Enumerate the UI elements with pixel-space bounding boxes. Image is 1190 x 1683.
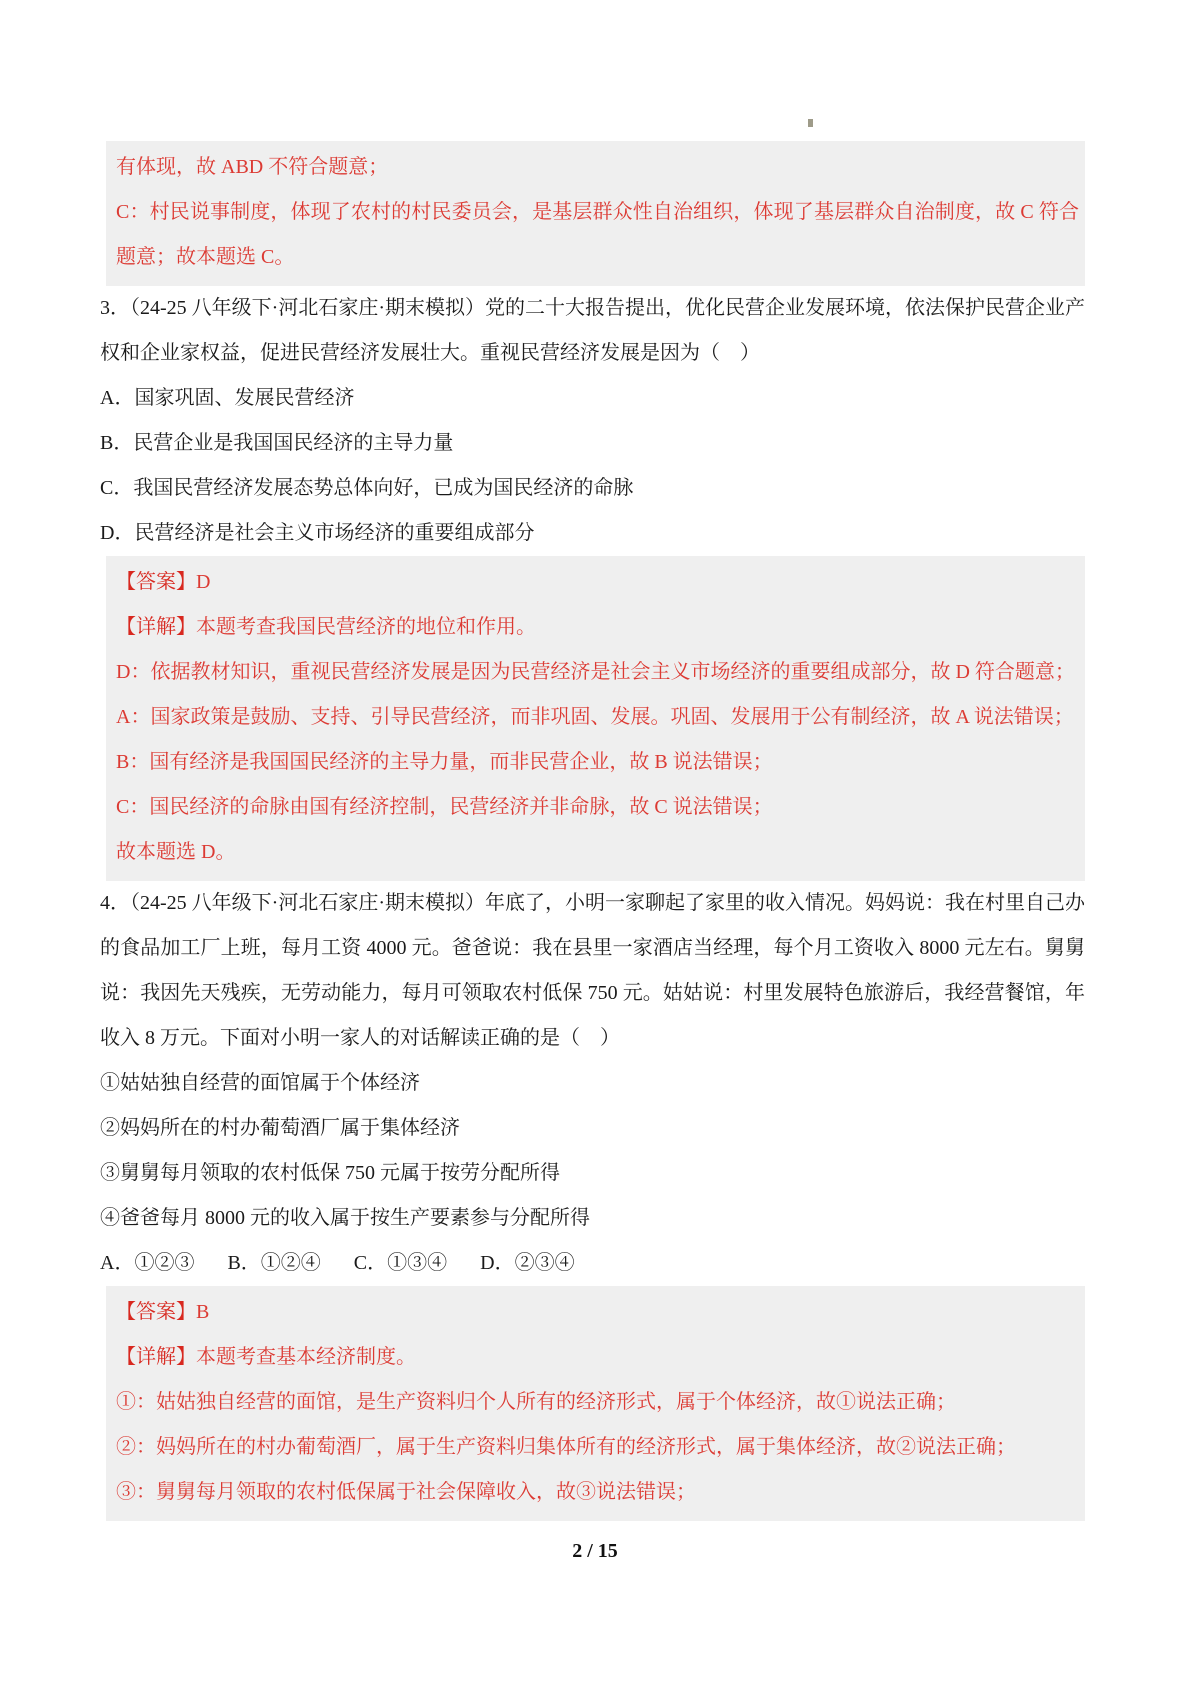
answer-value: B	[196, 1301, 209, 1323]
question-3-option-b: B．民营企业是我国国民经济的主导力量	[100, 421, 1085, 466]
analysis-point: ②：妈妈所在的村办葡萄酒厂，属于生产资料归集体所有的经济形式，属于集体经济，故②…	[116, 1425, 1079, 1470]
question-3-option-c: C．我国民营经济发展态势总体向好，已成为国民经济的命脉	[100, 466, 1085, 511]
answer-label: 【答案】	[116, 1301, 196, 1323]
analysis-point: ①：姑姑独自经营的面馆，是生产资料归个人所有的经济形式，属于个体经济，故①说法正…	[116, 1380, 1079, 1425]
answer-block-q4: 【答案】B 【详解】本题考查基本经济制度。 ①：姑姑独自经营的面馆，是生产资料归…	[106, 1286, 1085, 1521]
page-content: 有体现，故 ABD 不符合题意； C：村民说事制度，体现了农村的村民委员会，是基…	[100, 141, 1085, 1521]
question-3: 3．（24-25 八年级下·河北石家庄·期末模拟）党的二十大报告提出，优化民营企…	[100, 286, 1085, 556]
question-4-stem: 4．（24-25 八年级下·河北石家庄·期末模拟）年底了，小明一家聊起了家里的收…	[100, 881, 1085, 1061]
question-4-option-b: B．①②④	[227, 1241, 320, 1286]
analysis-point: C：国民经济的命脉由国有经济控制，民营经济并非命脉，故 C 说法错误；	[116, 785, 1079, 830]
question-4-statement-3: ③舅舅每月领取的农村低保 750 元属于按劳分配所得	[100, 1151, 1085, 1196]
analysis-label: 【详解】	[116, 1346, 196, 1368]
analysis-point: B：国有经济是我国国民经济的主导力量，而非民营企业，故 B 说法错误；	[116, 740, 1079, 785]
question-3-option-d: D．民营经济是社会主义市场经济的重要组成部分	[100, 511, 1085, 556]
question-4-options-row: A．①②③ B．①②④ C．①③④ D．②③④	[100, 1241, 1085, 1286]
analysis-intro-line: 【详解】本题考查我国民营经济的地位和作用。	[116, 605, 1079, 650]
question-4: 4．（24-25 八年级下·河北石家庄·期末模拟）年底了，小明一家聊起了家里的收…	[100, 881, 1085, 1286]
question-4-option-a: A．①②③	[100, 1241, 194, 1286]
answer-block-q2-continuation: 有体现，故 ABD 不符合题意； C：村民说事制度，体现了农村的村民委员会，是基…	[106, 141, 1085, 286]
page-number: 2 / 15	[0, 1540, 1190, 1563]
question-4-statement-2: ②妈妈所在的村办葡萄酒厂属于集体经济	[100, 1106, 1085, 1151]
question-3-stem: 3．（24-25 八年级下·河北石家庄·期末模拟）党的二十大报告提出，优化民营企…	[100, 286, 1085, 376]
question-4-statement-4: ④爸爸每月 8000 元的收入属于按生产要素参与分配所得	[100, 1196, 1085, 1241]
analysis-intro: 本题考查我国民营经济的地位和作用。	[196, 616, 536, 638]
stray-ink-mark	[808, 119, 813, 127]
analysis-conclusion: 故本题选 D。	[116, 830, 1079, 875]
analysis-line: 有体现，故 ABD 不符合题意；	[116, 145, 1079, 190]
answer-label: 【答案】	[116, 571, 196, 593]
question-4-statement-1: ①姑姑独自经营的面馆属于个体经济	[100, 1061, 1085, 1106]
analysis-label: 【详解】	[116, 616, 196, 638]
question-4-option-c: C．①③④	[354, 1241, 447, 1286]
analysis-line: C：村民说事制度，体现了农村的村民委员会，是基层群众性自治组织，体现了基层群众自…	[116, 190, 1079, 280]
question-3-option-a: A．国家巩固、发展民营经济	[100, 376, 1085, 421]
answer-value: D	[196, 571, 210, 593]
analysis-point: D：依据教材知识，重视民营经济发展是因为民营经济是社会主义市场经济的重要组成部分…	[116, 650, 1079, 695]
document-page: 有体现，故 ABD 不符合题意； C：村民说事制度，体现了农村的村民委员会，是基…	[0, 0, 1190, 1683]
analysis-point: A：国家政策是鼓励、支持、引导民营经济，而非巩固、发展。巩固、发展用于公有制经济…	[116, 695, 1079, 740]
analysis-point: ③：舅舅每月领取的农村低保属于社会保障收入，故③说法错误；	[116, 1470, 1079, 1515]
answer-block-q3: 【答案】D 【详解】本题考查我国民营经济的地位和作用。 D：依据教材知识，重视民…	[106, 556, 1085, 881]
analysis-intro-line: 【详解】本题考查基本经济制度。	[116, 1335, 1079, 1380]
answer-line: 【答案】B	[116, 1290, 1079, 1335]
answer-line: 【答案】D	[116, 560, 1079, 605]
question-4-option-d: D．②③④	[480, 1241, 574, 1286]
analysis-intro: 本题考查基本经济制度。	[196, 1346, 416, 1368]
